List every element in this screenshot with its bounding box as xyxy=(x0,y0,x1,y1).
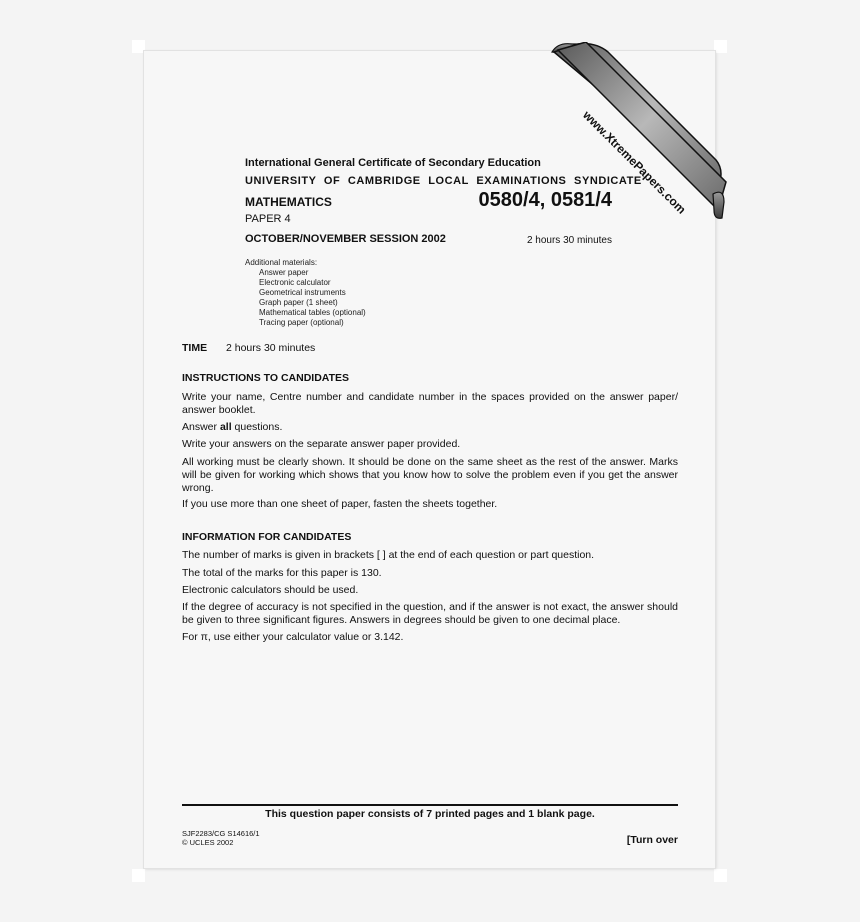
material-item: Tracing paper (optional) xyxy=(245,318,366,328)
crop-mark-bottom-left xyxy=(132,869,145,882)
duration-text: 2 hours 30 minutes xyxy=(527,235,612,246)
time-value: 2 hours 30 minutes xyxy=(226,342,315,354)
information-paragraph: If the degree of accuracy is not specifi… xyxy=(182,601,678,627)
material-item: Geometrical instruments xyxy=(245,288,366,298)
information-paragraph: Electronic calculators should be used. xyxy=(182,584,678,597)
turn-over-label: [Turn over xyxy=(627,834,678,846)
reference-code: SJF2283/CG S14616/1 xyxy=(182,829,260,838)
information-paragraph: The number of marks is given in brackets… xyxy=(182,549,678,562)
paper-number: PAPER 4 xyxy=(245,213,291,225)
additional-materials: Additional materials: Answer paper Elect… xyxy=(245,258,366,328)
information-heading: INFORMATION FOR CANDIDATES xyxy=(182,531,351,543)
instruction-paragraph: Write your name, Centre number and candi… xyxy=(182,391,678,417)
instruction-emphasis: all xyxy=(220,421,232,433)
material-item: Electronic calculator xyxy=(245,278,366,288)
session-title: OCTOBER/NOVEMBER SESSION 2002 xyxy=(245,233,446,245)
material-item: Mathematical tables (optional) xyxy=(245,308,366,318)
additional-materials-label: Additional materials: xyxy=(245,258,366,268)
instruction-text: Answer xyxy=(182,421,220,433)
copyright-notice: © UCLES 2002 xyxy=(182,838,233,847)
instruction-paragraph: If you use more than one sheet of paper,… xyxy=(182,498,678,511)
information-paragraph: The total of the marks for this paper is… xyxy=(182,567,678,580)
material-item: Answer paper xyxy=(245,268,366,278)
instruction-paragraph: Write your answers on the separate answe… xyxy=(182,438,678,451)
instructions-heading: INSTRUCTIONS TO CANDIDATES xyxy=(182,372,349,384)
qualification-title: International General Certificate of Sec… xyxy=(245,157,541,169)
time-label: TIME xyxy=(182,342,207,354)
instruction-text: questions. xyxy=(232,421,283,433)
subject-title: MATHEMATICS xyxy=(245,195,332,209)
ribbon-graphic xyxy=(548,42,728,222)
instruction-paragraph: All working must be clearly shown. It sh… xyxy=(182,456,678,495)
watermark-ribbon: www.XtremePapers.com xyxy=(548,42,728,222)
crop-mark-bottom-right xyxy=(714,869,727,882)
instruction-paragraph: Answer all questions. xyxy=(182,421,678,434)
pages-note: This question paper consists of 7 printe… xyxy=(182,808,678,820)
information-paragraph: For π, use either your calculator value … xyxy=(182,631,678,644)
footer-rule xyxy=(182,804,678,806)
material-item: Graph paper (1 sheet) xyxy=(245,298,366,308)
